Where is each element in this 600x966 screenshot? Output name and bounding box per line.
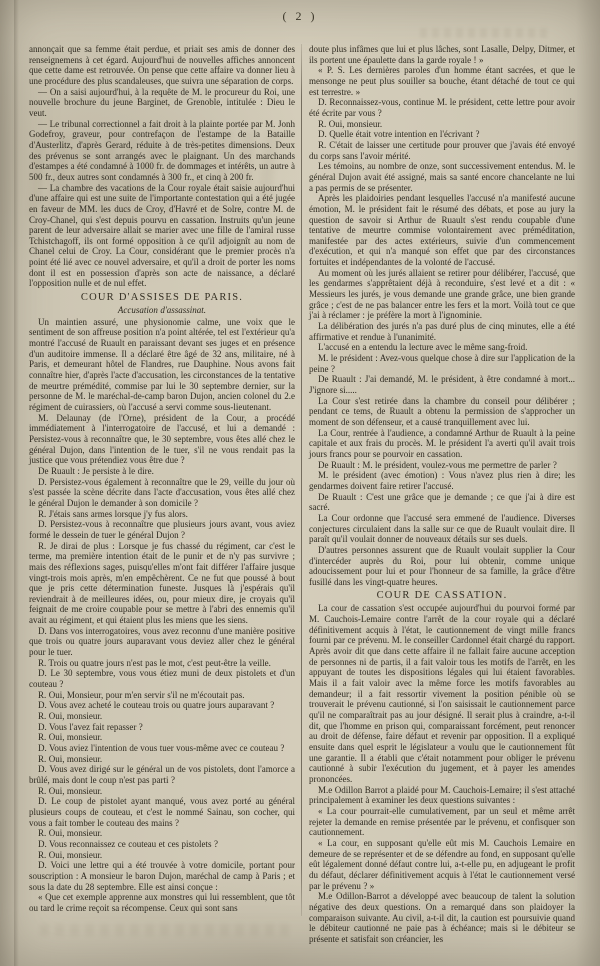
paragraph: annonçait que sa femme était perdue, et … [29, 44, 295, 87]
paragraph: — On a saisi aujourd'hui, à la requête d… [29, 87, 295, 119]
paragraph: R. Oui, monsieur. [29, 850, 295, 861]
paragraph: D. Voici une lettre qui a été trouvée à … [29, 860, 295, 892]
paragraph: D. Le 30 septembre, vous vous étiez muni… [29, 668, 295, 689]
paragraph: R. C'était de laisser une certitude pour… [309, 140, 575, 161]
paragraph: R. Oui, monsieur. [29, 711, 295, 722]
paragraph: De Ruault : M. le président, voulez-vous… [309, 460, 575, 471]
paragraph: R. Oui, monsieur. [29, 828, 295, 839]
section-heading: COUR D'ASSISES DE PARIS. [29, 292, 295, 304]
paragraph: M. Delaunay (de l'Orne), président de la… [29, 413, 295, 466]
paragraph: Un maintien assuré, une physionomie calm… [29, 317, 295, 413]
paragraph: M.e Odillon-Barrot a développé avec beau… [309, 891, 575, 944]
paragraph: La Cour, rentrée à l'audience, a condamn… [309, 428, 575, 460]
paragraph: — La chambre des vacations de la Cour ro… [29, 183, 295, 290]
paragraph: La Cour ordonne que l'accusé sera emmené… [309, 513, 575, 545]
paragraph: La cour de cassation s'est occupée aujou… [309, 603, 575, 784]
paragraph: D. Reconnaissez-vous, continue M. le pré… [309, 97, 575, 118]
section-heading: COUR DE CASSATION. [309, 590, 575, 602]
paragraph: « La cour, en supposant qu'elle eût mis … [309, 838, 575, 891]
paragraph: R. J'étais sans armes lorsque j'y fus al… [29, 509, 295, 520]
paragraph: « La cour pourrait-elle cumulativement, … [309, 806, 575, 838]
paragraph: D'autres personnes assurent que de Ruaul… [309, 545, 575, 588]
bleed-through-dateline-smudge [420, 28, 550, 38]
paragraph: doute plus infâmes que lui et plus lâche… [309, 44, 575, 65]
paragraph: D. Vous avez dirigé sur le général un de… [29, 764, 295, 785]
paragraph: La Cour s'est retirée dans la chambre du… [309, 396, 575, 428]
paragraph: L'accusé en a entendu la lecture avec le… [309, 342, 575, 353]
paragraph: D. Le coup de pistolet ayant manqué, vou… [29, 796, 295, 828]
paragraph: Les témoins, au nombre de onze, sont suc… [309, 161, 575, 193]
paragraph: De Ruault : J'ai demandé, M. le présiden… [309, 374, 575, 395]
column-left: annonçait que sa femme était perdue, et … [29, 44, 295, 914]
paragraph: D. Persistez-vous également à reconnaîtr… [29, 477, 295, 509]
column-divider-rule [301, 44, 302, 916]
paragraph: D. Vous reconnaissez ce couteau et ces p… [29, 839, 295, 850]
paragraph: D. Quelle était votre intention en l'écr… [309, 129, 575, 140]
paragraph: « P. S. Les dernières paroles d'un homme… [309, 65, 575, 97]
paragraph: R. Trois ou quatre jours n'est pas le mo… [29, 658, 295, 669]
newspaper-page: ( 2 ) annonçait que sa femme était perdu… [0, 0, 600, 966]
column-right: doute plus infâmes que lui et plus lâche… [309, 44, 575, 944]
paragraph: Au moment où les jurés allaient se retir… [309, 268, 575, 321]
paragraph: De Ruault : C'est une grâce que je deman… [309, 492, 575, 513]
paragraph: R. Oui, Monsieur, pour m'en servir s'il … [29, 690, 295, 701]
paragraph: M.e Odillon Barrot a plaidé pour M. Cauc… [309, 785, 575, 806]
paragraph: La délibération des jurés n'a pas duré p… [309, 321, 575, 342]
paragraph: De Ruault : Je persiste à le dire. [29, 466, 295, 477]
paragraph: R. Oui, monsieur. [309, 119, 575, 130]
paragraph: « Que cet exemple apprenne aux monstres … [29, 892, 295, 913]
paragraph: D. Vous l'avez fait repasser ? [29, 722, 295, 733]
paragraph: Après les plaidoiries pendant lesquelles… [309, 193, 575, 268]
binding-edge-shadow [14, 0, 19, 966]
section-subheading: Accusation d'assassinat. [29, 305, 295, 316]
paragraph: R. Je dirai de plus : Lorsque je fus cha… [29, 541, 295, 626]
page-number: ( 2 ) [0, 9, 600, 24]
paragraph: D. Persistez-vous à reconnaître que plus… [29, 519, 295, 540]
paragraph: R. Oui, monsieur. [29, 732, 295, 743]
paragraph: M. le président : Avez-vous quelque chos… [309, 353, 575, 374]
paragraph: — Le tribunal correctionnel a fait droit… [29, 119, 295, 183]
paragraph: D. Vous aviez l'intention de vous tuer v… [29, 743, 295, 754]
paragraph: R. Oui, monsieur. [29, 786, 295, 797]
paragraph: D. Dans vos interrogatoires, vous avez r… [29, 626, 295, 658]
bleed-through-footer-smudge [40, 924, 290, 936]
paragraph: R. Oui, monsieur. [29, 754, 295, 765]
paragraph: M. le président (avec émotion) : Vous n'… [309, 470, 575, 491]
paragraph: D. Vous avez acheté le couteau trois ou … [29, 700, 295, 711]
